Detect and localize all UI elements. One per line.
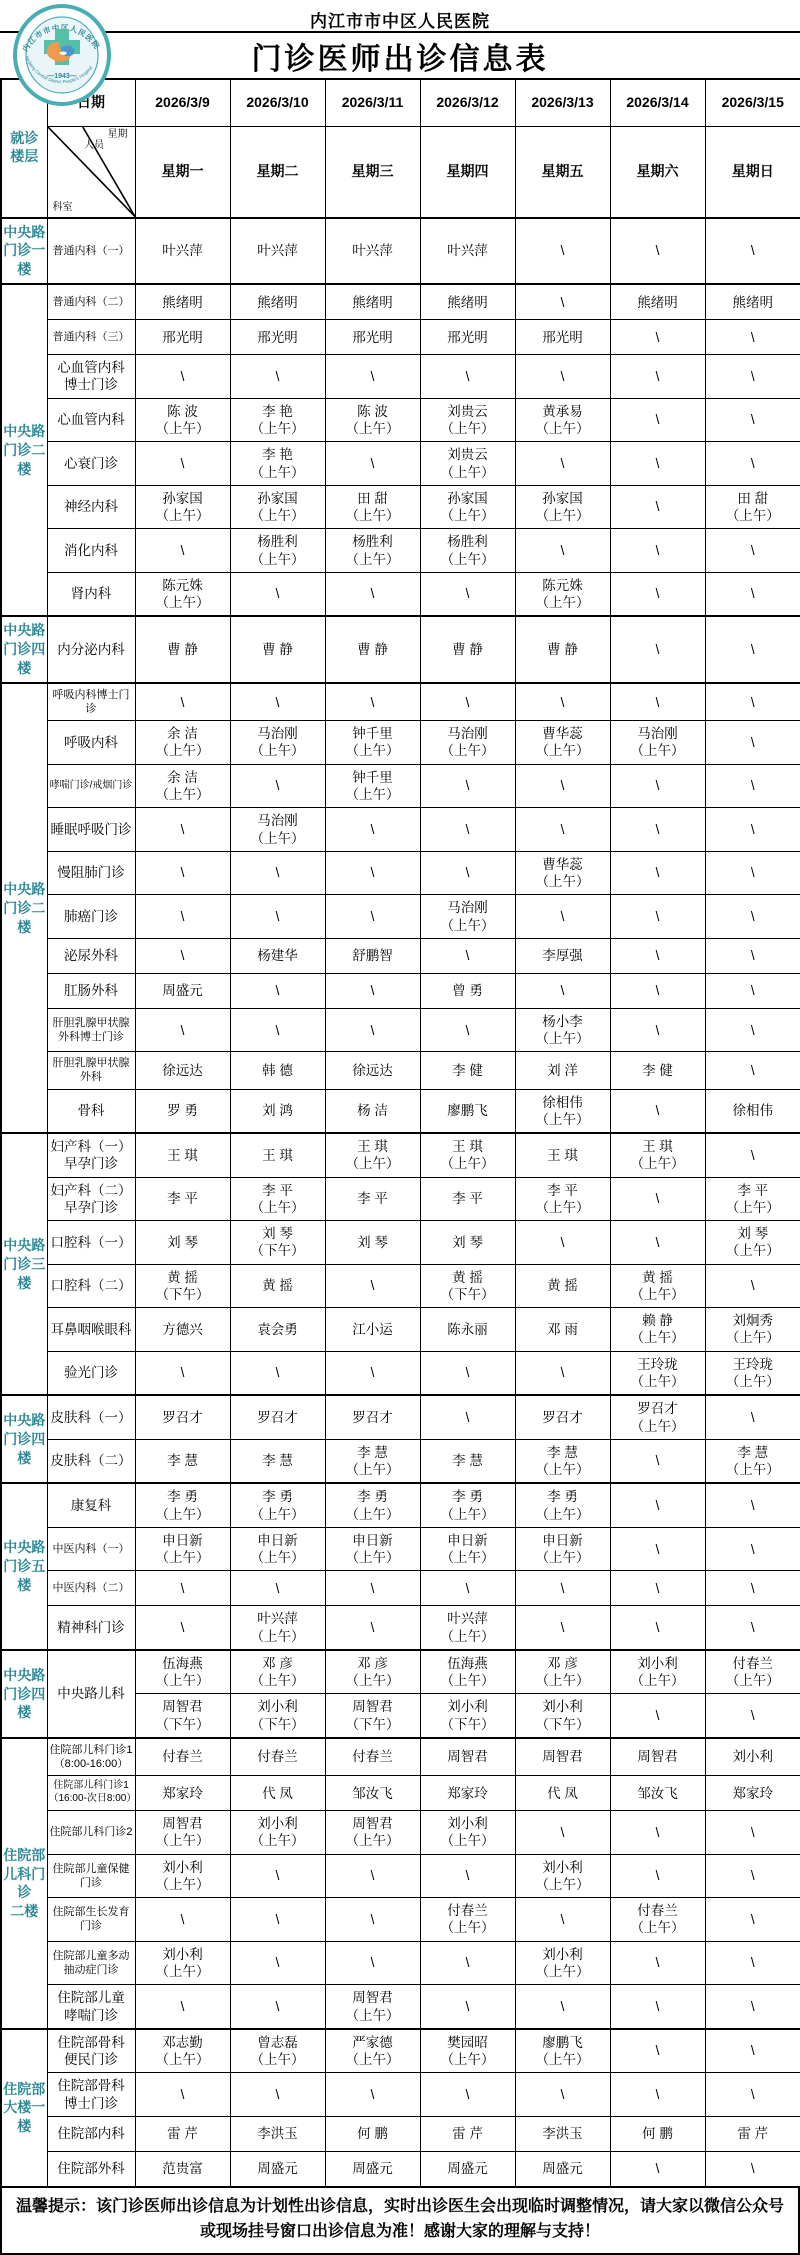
schedule-row: 中央路 门诊四楼皮肤科（一）罗召才罗召才罗召才\罗召才罗召才 （上午）\ [1, 1395, 800, 1439]
schedule-cell: \ [705, 683, 800, 721]
schedule-cell: 曹华蕊 （上午） [515, 721, 610, 765]
schedule-cell: \ [705, 572, 800, 616]
department-cell: 肛肠外科 [47, 973, 135, 1008]
schedule-cell: \ [610, 1527, 705, 1571]
schedule-cell: \ [705, 320, 800, 355]
schedule-cell: \ [705, 218, 800, 285]
schedule-cell: 申日新 （上午） [230, 1527, 325, 1571]
schedule-cell: \ [610, 485, 705, 529]
schedule-cell: 刘贵云 （上午） [420, 442, 515, 486]
schedule-cell: \ [610, 2151, 705, 2187]
department-cell: 普通内科（三） [47, 320, 135, 355]
schedule-cell: \ [705, 1811, 800, 1855]
schedule-cell: \ [610, 2029, 705, 2073]
schedule-cell: \ [705, 1898, 800, 1942]
schedule-cell: 曹华蕊 （上午） [515, 851, 610, 895]
schedule-cell: 周智君 （上午） [325, 1811, 420, 1855]
schedule-row: 住院部内科雷 芹李洪玉何 鹏雷 芹李洪玉何 鹏雷 芹 [1, 2116, 800, 2151]
schedule-cell: 王 琪 （上午） [420, 1133, 515, 1177]
schedule-cell: 雷 芹 [705, 2116, 800, 2151]
schedule-cell: 申日新 （上午） [135, 1527, 230, 1571]
weekday-header: 星期五 [515, 127, 610, 218]
diagonal-person-label: 人员 [84, 140, 104, 153]
schedule-row: 肛肠外科周盛元\\曾 勇\\\ [1, 973, 800, 1008]
schedule-row: 睡眠呼吸门诊\马治刚 （上午）\\\\\ [1, 808, 800, 852]
date-header: 2026/3/14 [610, 79, 705, 127]
schedule-cell: \ [135, 938, 230, 973]
schedule-cell: 徐远达 [325, 1052, 420, 1089]
department-cell: 心血管内科 [47, 398, 135, 442]
department-cell: 普通内科（一） [47, 218, 135, 285]
schedule-cell: 黄 摇 （下午） [135, 1264, 230, 1308]
schedule-row: 口腔科（二）黄 摇 （下午）黄 摇\黄 摇 （下午）黄 摇黄 摇 （上午）\ [1, 1264, 800, 1308]
schedule-cell: 李 艳 （上午） [230, 398, 325, 442]
schedule-cell: 黄 摇 [230, 1264, 325, 1308]
department-cell: 肾内科 [47, 572, 135, 616]
schedule-cell: \ [230, 1941, 325, 1985]
schedule-cell: 李 平 [325, 1177, 420, 1221]
schedule-cell: \ [135, 1898, 230, 1942]
schedule-cell: \ [325, 973, 420, 1008]
schedule-cell: \ [705, 808, 800, 852]
department-cell: 口腔科（二） [47, 1264, 135, 1308]
department-cell: 住院部儿童 哮喘门诊 [47, 1985, 135, 2029]
schedule-cell: \ [230, 1854, 325, 1898]
schedule-row: 住院部儿童保健 门诊刘小利 （上午）\\\刘小利 （上午）\\ [1, 1854, 800, 1898]
schedule-cell: 熊绪明 [705, 284, 800, 320]
schedule-cell: 王 琪 （上午） [610, 1133, 705, 1177]
schedule-row: 妇产科（二） 早孕门诊李 平李 平 （上午）李 平李 平李 平 （上午）\李 平… [1, 1177, 800, 1221]
schedule-cell: 刘 琴 [135, 1221, 230, 1265]
schedule-cell: 杨胜利 （上午） [420, 529, 515, 573]
schedule-cell: \ [610, 973, 705, 1008]
schedule-cell: \ [135, 442, 230, 486]
weekday-header: 星期三 [325, 127, 420, 218]
department-cell: 中央路儿科 [47, 1650, 135, 1738]
schedule-cell: 王 琪 [135, 1133, 230, 1177]
schedule-cell: 付春兰 [325, 1738, 420, 1776]
department-cell: 骨科 [47, 1089, 135, 1133]
schedule-row: 慢阻肺门诊\\\\曹华蕊 （上午）\\ [1, 851, 800, 895]
schedule-cell: \ [705, 1941, 800, 1985]
schedule-cell: 马治刚 （上午） [420, 895, 515, 939]
schedule-row: 住院部儿童 哮喘门诊\\周智君 （上午）\\\\ [1, 1985, 800, 2029]
schedule-cell: \ [230, 1571, 325, 1606]
schedule-cell: \ [420, 1008, 515, 1052]
schedule-row: 住院部生长发育 门诊\\\付春兰 （上午）\付春兰 （上午）\ [1, 1898, 800, 1942]
schedule-cell: \ [325, 1571, 420, 1606]
schedule-cell: 刘 琴 （下午） [230, 1221, 325, 1265]
schedule-cell: 刘小利 （上午） [515, 1941, 610, 1985]
department-cell: 哮喘门诊/戒烟门诊 [47, 764, 135, 808]
floor-label: 中央路 门诊五楼 [1, 1483, 47, 1650]
schedule-cell: 余 洁 （上午） [135, 764, 230, 808]
schedule-row: 耳鼻咽喉眼科方德兴袁会勇江小运陈永丽邓 雨赖 静 （上午）刘炯秀 （上午） [1, 1308, 800, 1352]
schedule-cell: \ [515, 442, 610, 486]
date-header: 2026/3/9 [135, 79, 230, 127]
schedule-page: 内江市市中区人民医院 门诊医师出诊信息表 内江市市中区人民医院 Neijiang… [0, 0, 800, 2255]
schedule-cell: \ [325, 442, 420, 486]
schedule-cell: 叶兴萍 [325, 218, 420, 285]
schedule-cell: \ [515, 764, 610, 808]
schedule-cell: 付春兰 [135, 1738, 230, 1776]
schedule-cell: 黄 摇 [515, 1264, 610, 1308]
schedule-cell: 邢光明 [325, 320, 420, 355]
schedule-row: 中央路 门诊二楼普通内科（二）熊绪明熊绪明熊绪明熊绪明\熊绪明熊绪明 [1, 284, 800, 320]
schedule-cell: \ [610, 808, 705, 852]
schedule-cell: 申日新 （上午） [420, 1527, 515, 1571]
date-header: 2026/3/13 [515, 79, 610, 127]
schedule-cell: 邓 彦 （上午） [325, 1650, 420, 1694]
schedule-cell: 伍海燕 （上午） [135, 1650, 230, 1694]
schedule-cell: \ [610, 895, 705, 939]
schedule-row: 骨科罗 勇刘 鸿杨 洁廖鹏飞徐相伟 （上午）\徐相伟 [1, 1089, 800, 1133]
department-cell: 住院部儿科门诊2 [47, 1811, 135, 1855]
schedule-cell: 刘小利 （上午） [420, 1811, 515, 1855]
schedule-cell: 王玲珑 （上午） [705, 1351, 800, 1395]
schedule-cell: \ [705, 2029, 800, 2073]
floor-label: 中央路 门诊二楼 [1, 284, 47, 616]
schedule-cell: 李 慧 （上午） [705, 1439, 800, 1483]
schedule-cell: 刘 琴 [420, 1221, 515, 1265]
schedule-cell: 叶兴萍 （上午） [420, 1606, 515, 1650]
schedule-cell: 叶兴萍 [230, 218, 325, 285]
schedule-cell: \ [230, 1008, 325, 1052]
schedule-row: 神经内科孙家国 （上午）孙家国 （上午）田 甜 （上午）孙家国 （上午）孙家国 … [1, 485, 800, 529]
date-header: 2026/3/10 [230, 79, 325, 127]
schedule-cell: 郑家玲 [420, 1776, 515, 1811]
department-cell: 肝胆乳腺甲状腺 外科博士门诊 [47, 1008, 135, 1052]
schedule-cell: 刘 琴 （上午） [705, 1221, 800, 1265]
schedule-cell: \ [135, 683, 230, 721]
schedule-cell: \ [420, 808, 515, 852]
schedule-cell: \ [705, 764, 800, 808]
department-cell: 消化内科 [47, 529, 135, 573]
schedule-cell: \ [610, 442, 705, 486]
schedule-cell: \ [705, 1527, 800, 1571]
header-divider [0, 31, 800, 33]
schedule-cell: \ [610, 1854, 705, 1898]
schedule-cell: \ [135, 1606, 230, 1650]
schedule-cell: 熊绪明 [610, 284, 705, 320]
schedule-cell: \ [610, 355, 705, 399]
schedule-row: 精神科门诊\叶兴萍 （上午）\叶兴萍 （上午）\\\ [1, 1606, 800, 1650]
schedule-cell: 曹 静 [515, 616, 610, 683]
schedule-cell: 熊绪明 [420, 284, 515, 320]
schedule-cell: 代 凤 [230, 1776, 325, 1811]
schedule-cell: 邢光明 [230, 320, 325, 355]
schedule-cell: \ [230, 355, 325, 399]
department-cell: 泌尿外科 [47, 938, 135, 973]
schedule-cell: \ [325, 2073, 420, 2117]
department-cell: 慢阻肺门诊 [47, 851, 135, 895]
department-cell: 皮肤科（二） [47, 1439, 135, 1483]
schedule-cell: 方德兴 [135, 1308, 230, 1352]
schedule-cell: \ [420, 1854, 515, 1898]
schedule-cell: \ [515, 284, 610, 320]
department-cell: 心衰门诊 [47, 442, 135, 486]
schedule-row: 心血管内科 博士门诊\\\\\\\ [1, 355, 800, 399]
schedule-cell: 马治刚 （上午） [230, 721, 325, 765]
schedule-cell: 孙家国 （上午） [420, 485, 515, 529]
schedule-cell: 邹汝飞 [325, 1776, 420, 1811]
schedule-row: 中央路 门诊二楼呼吸内科博士门诊\\\\\\\ [1, 683, 800, 721]
schedule-cell: \ [135, 529, 230, 573]
schedule-cell: \ [610, 1439, 705, 1483]
department-cell: 妇产科（一） 早孕门诊 [47, 1133, 135, 1177]
schedule-cell: \ [230, 851, 325, 895]
schedule-cell: 周智君 （下午） [325, 1694, 420, 1738]
schedule-cell: 钟千里 （上午） [325, 721, 420, 765]
department-cell: 肝胆乳腺甲状腺 外科 [47, 1052, 135, 1089]
schedule-row: 心血管内科陈 波 （上午）李 艳 （上午）陈 波 （上午）刘贵云 （上午）黄承易… [1, 398, 800, 442]
schedule-row: 肝胆乳腺甲状腺 外科徐远达韩 德徐远达李 健刘 洋李 健\ [1, 1052, 800, 1089]
schedule-cell: 周盛元 [230, 2151, 325, 2187]
department-cell: 耳鼻咽喉眼科 [47, 1308, 135, 1352]
schedule-cell: 杨 洁 [325, 1089, 420, 1133]
schedule-cell: \ [420, 355, 515, 399]
schedule-cell: \ [230, 1351, 325, 1395]
schedule-cell: \ [325, 1941, 420, 1985]
schedule-cell: 刘小利 （下午） [420, 1694, 515, 1738]
schedule-cell: \ [705, 973, 800, 1008]
schedule-cell: 罗召才 [135, 1395, 230, 1439]
schedule-cell: \ [515, 1571, 610, 1606]
schedule-cell: \ [610, 938, 705, 973]
schedule-cell: 李洪玉 [515, 2116, 610, 2151]
department-cell: 皮肤科（一） [47, 1395, 135, 1439]
schedule-cell: \ [515, 218, 610, 285]
department-cell: 精神科门诊 [47, 1606, 135, 1650]
schedule-cell: \ [610, 2073, 705, 2117]
schedule-cell: 李 平 （上午） [705, 1177, 800, 1221]
schedule-cell: \ [515, 529, 610, 573]
schedule-cell: \ [420, 764, 515, 808]
schedule-cell: 刘小利 （上午） [135, 1941, 230, 1985]
schedule-row: 皮肤科（二）李 慧李 慧李 慧 （上午）李 慧李 慧 （上午）\李 慧 （上午） [1, 1439, 800, 1483]
schedule-cell: 付春兰 （上午） [610, 1898, 705, 1942]
department-cell: 肺癌门诊 [47, 895, 135, 939]
schedule-cell: \ [705, 1008, 800, 1052]
department-cell: 妇产科（二） 早孕门诊 [47, 1177, 135, 1221]
schedule-cell: 王 琪 [515, 1133, 610, 1177]
schedule-cell: \ [610, 1694, 705, 1738]
schedule-cell: 李洪玉 [230, 2116, 325, 2151]
schedule-cell: \ [135, 851, 230, 895]
schedule-cell: 何 鹏 [325, 2116, 420, 2151]
department-cell: 住院部儿童保健 门诊 [47, 1854, 135, 1898]
schedule-row: 验光门诊\\\\\王玲珑 （上午）王玲珑 （上午） [1, 1351, 800, 1395]
weekday-header: 星期二 [230, 127, 325, 218]
schedule-cell: 熊绪明 [325, 284, 420, 320]
schedule-cell: 代 凤 [515, 1776, 610, 1811]
schedule-cell: \ [325, 1898, 420, 1942]
hospital-logo-icon: 内江市市中区人民医院 Neijiang Central District Peo… [12, 3, 112, 107]
schedule-cell: \ [515, 973, 610, 1008]
schedule-cell: 黄 摇 （下午） [420, 1264, 515, 1308]
schedule-cell: \ [325, 683, 420, 721]
schedule-row: 住院部儿科门诊2周智君 （上午）刘小利 （上午）周智君 （上午）刘小利 （上午）… [1, 1811, 800, 1855]
schedule-cell: 曹 静 [135, 616, 230, 683]
schedule-cell: \ [705, 355, 800, 399]
schedule-cell: \ [420, 683, 515, 721]
schedule-row: 中央路 门诊四楼中央路儿科伍海燕 （上午）邓 彦 （上午）邓 彦 （上午）伍海燕… [1, 1650, 800, 1694]
schedule-cell: \ [515, 1985, 610, 2029]
schedule-cell: 曹 静 [420, 616, 515, 683]
schedule-cell: \ [420, 1351, 515, 1395]
schedule-cell: 徐相伟 [705, 1089, 800, 1133]
schedule-cell: 邹汝飞 [610, 1776, 705, 1811]
schedule-row: 住院部骨科 博士门诊\\\\\\\ [1, 2073, 800, 2117]
schedule-cell: 雷 芹 [135, 2116, 230, 2151]
schedule-cell: 邢光明 [135, 320, 230, 355]
schedule-cell: 李 慧 （上午） [325, 1439, 420, 1483]
schedule-cell: 杨胜利 （上午） [230, 529, 325, 573]
weekday-header: 星期四 [420, 127, 515, 218]
schedule-cell: \ [230, 2073, 325, 2117]
schedule-cell: \ [420, 1941, 515, 1985]
schedule-cell: \ [325, 1854, 420, 1898]
schedule-cell: \ [515, 2073, 610, 2117]
schedule-cell: \ [325, 1606, 420, 1650]
schedule-cell: \ [515, 683, 610, 721]
schedule-cell: \ [610, 398, 705, 442]
schedule-cell: \ [610, 1008, 705, 1052]
schedule-cell: 王 琪 [230, 1133, 325, 1177]
department-cell: 住院部内科 [47, 2116, 135, 2151]
department-cell: 住院部儿科门诊1 （8:00-16:00） [47, 1738, 135, 1776]
weekday-header: 星期一 [135, 127, 230, 218]
schedule-cell: 李 勇 （上午） [325, 1483, 420, 1527]
schedule-cell: \ [230, 973, 325, 1008]
schedule-cell: 陈 波 （上午） [325, 398, 420, 442]
schedule-cell: 杨建华 [230, 938, 325, 973]
schedule-cell: 李 平 [420, 1177, 515, 1221]
schedule-row: 肺癌门诊\\\马治刚 （上午）\\\ [1, 895, 800, 939]
schedule-cell: 刘小利 （上午） [135, 1854, 230, 1898]
schedule-cell: 周盛元 [135, 973, 230, 1008]
schedule-cell: 何 鹏 [610, 2116, 705, 2151]
schedule-cell: \ [325, 851, 420, 895]
schedule-cell: \ [610, 1811, 705, 1855]
schedule-cell: \ [610, 851, 705, 895]
schedule-row: 中央路 门诊五楼康复科李 勇 （上午）李 勇 （上午）李 勇 （上午）李 勇 （… [1, 1483, 800, 1527]
schedule-table: 就诊 楼层 日期 2026/3/9 2026/3/10 2026/3/11 20… [0, 78, 800, 2188]
schedule-cell: \ [230, 1985, 325, 2029]
schedule-cell: \ [325, 1351, 420, 1395]
schedule-cell: 邓 雨 [515, 1308, 610, 1352]
schedule-cell: \ [610, 1571, 705, 1606]
schedule-cell: \ [230, 1898, 325, 1942]
schedule-cell: \ [135, 2073, 230, 2117]
schedule-cell: \ [420, 1395, 515, 1439]
schedule-cell: \ [705, 442, 800, 486]
schedule-cell: \ [610, 1483, 705, 1527]
schedule-row: 呼吸内科余 洁 （上午）马治刚 （上午）钟千里 （上午）马治刚 （上午）曹华蕊 … [1, 721, 800, 765]
department-cell: 心血管内科 博士门诊 [47, 355, 135, 399]
schedule-cell: 周盛元 [515, 2151, 610, 2187]
schedule-cell: \ [705, 1606, 800, 1650]
schedule-cell: 李 慧 [230, 1439, 325, 1483]
floor-label: 中央路 门诊四楼 [1, 1650, 47, 1738]
schedule-cell: 曹 静 [325, 616, 420, 683]
department-cell: 住院部儿科门诊1 （16:00-次日8:00） [47, 1776, 135, 1811]
department-cell: 康复科 [47, 1483, 135, 1527]
page-header: 内江市市中区人民医院 门诊医师出诊信息表 内江市市中区人民医院 Neijiang… [0, 0, 800, 78]
schedule-row: 住院部 大楼一楼住院部骨科 便民门诊邓志勤 （上午）曾志磊 （上午）严家德 （上… [1, 2029, 800, 2073]
diagonal-dept-label: 科室 [53, 202, 73, 215]
schedule-cell: \ [705, 1133, 800, 1177]
schedule-row: 心衰门诊\李 艳 （上午）\刘贵云 （上午）\\\ [1, 442, 800, 486]
floor-label: 中央路 门诊三楼 [1, 1133, 47, 1395]
schedule-cell: 刘小利 （上午） [230, 1811, 325, 1855]
schedule-cell: 李 慧 [135, 1439, 230, 1483]
department-cell: 住院部骨科 博士门诊 [47, 2073, 135, 2117]
schedule-cell: 周智君 （上午） [135, 1811, 230, 1855]
schedule-row: 住院部儿科门诊1 （16:00-次日8:00）郑家玲代 凤邹汝飞郑家玲代 凤邹汝… [1, 1776, 800, 1811]
department-cell: 住院部生长发育 门诊 [47, 1898, 135, 1942]
schedule-cell: \ [230, 895, 325, 939]
schedule-row: 哮喘门诊/戒烟门诊余 洁 （上午）\钟千里 （上午）\\\\ [1, 764, 800, 808]
schedule-cell: \ [325, 572, 420, 616]
schedule-cell: \ [515, 1898, 610, 1942]
schedule-cell: 李 勇 （上午） [515, 1483, 610, 1527]
schedule-cell: \ [705, 851, 800, 895]
department-cell: 住院部儿童多动 抽动症门诊 [47, 1941, 135, 1985]
schedule-cell: 孙家国 （上午） [515, 485, 610, 529]
date-header: 2026/3/12 [420, 79, 515, 127]
schedule-cell: \ [705, 2073, 800, 2117]
schedule-cell: 李 健 [610, 1052, 705, 1089]
department-cell: 内分泌内科 [47, 616, 135, 683]
schedule-cell: \ [230, 572, 325, 616]
schedule-cell: 叶兴萍 [420, 218, 515, 285]
page-title: 门诊医师出诊信息表 [0, 34, 800, 78]
schedule-cell: \ [325, 895, 420, 939]
schedule-cell: \ [705, 1052, 800, 1089]
schedule-cell: 刘小利 （上午） [610, 1650, 705, 1694]
schedule-cell: \ [610, 1221, 705, 1265]
schedule-cell: 李 健 [420, 1052, 515, 1089]
schedule-cell: \ [705, 398, 800, 442]
schedule-cell: 曾志磊 （上午） [230, 2029, 325, 2073]
schedule-cell: 舒鹏智 [325, 938, 420, 973]
schedule-cell: \ [705, 1854, 800, 1898]
floor-label: 住院部 儿科门诊 二楼 [1, 1738, 47, 2029]
date-header: 2026/3/11 [325, 79, 420, 127]
schedule-cell: 李厚强 [515, 938, 610, 973]
schedule-cell: 杨小李 （上午） [515, 1008, 610, 1052]
schedule-cell: 熊绪明 [135, 284, 230, 320]
schedule-cell: 廖鹏飞 [420, 1089, 515, 1133]
schedule-cell: \ [515, 1351, 610, 1395]
schedule-cell: 曾 勇 [420, 973, 515, 1008]
hospital-name: 内江市市中区人民医院 [0, 0, 800, 32]
schedule-cell: \ [515, 895, 610, 939]
department-cell: 呼吸内科博士门诊 [47, 683, 135, 721]
schedule-cell: 曹 静 [230, 616, 325, 683]
schedule-cell: 郑家玲 [705, 1776, 800, 1811]
schedule-cell: 周智君 [420, 1738, 515, 1776]
schedule-cell: 罗召才 [515, 1395, 610, 1439]
weekday-header: 星期日 [705, 127, 800, 218]
schedule-cell: 孙家国 （上午） [135, 485, 230, 529]
schedule-cell: 叶兴萍 [135, 218, 230, 285]
schedule-cell: 孙家国 （上午） [230, 485, 325, 529]
schedule-cell: 刘小利 （下午） [230, 1694, 325, 1738]
schedule-cell: \ [135, 895, 230, 939]
schedule-cell: 罗 勇 [135, 1089, 230, 1133]
